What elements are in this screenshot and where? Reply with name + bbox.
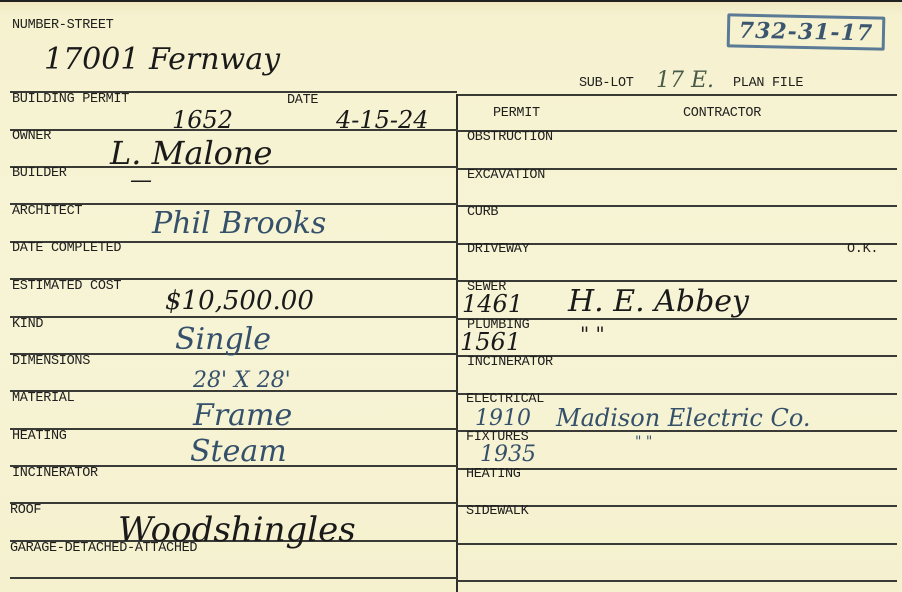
garage-label: GARAGE-DETACHED-ATTACHED <box>10 541 197 557</box>
sidewalk-label: SIDEWALK <box>466 504 528 520</box>
sub-lot-value: 17 E. <box>656 68 714 93</box>
rule-line <box>10 316 457 318</box>
incinerator-label: INCINERATOR <box>12 466 98 482</box>
rule-line <box>457 468 897 470</box>
incinerator-permit-label: INCINERATOR <box>467 355 553 371</box>
sewer-contractor: H. E. Abbey <box>568 284 749 319</box>
owner-label: OWNER <box>12 129 51 145</box>
building-permit-value: 1652 <box>172 106 233 134</box>
rule-line <box>457 543 897 545</box>
kind-value: Single <box>175 322 271 357</box>
obstruction-label: OBSTRUCTION <box>467 130 553 146</box>
excavation-label: EXCAVATION <box>467 168 545 184</box>
contractor-column-header: CONTRACTOR <box>683 106 761 122</box>
sub-lot-label: SUB-LOT <box>579 76 634 92</box>
sewer-permit-number: 1461 <box>462 290 523 318</box>
curb-label: CURB <box>467 205 498 221</box>
rule-line <box>10 577 457 579</box>
plumbing-contractor: " " <box>580 322 605 346</box>
builder-value: — <box>130 168 152 193</box>
permit-column-header: PERMIT <box>493 106 540 122</box>
dimensions-label: DIMENSIONS <box>12 354 90 370</box>
rule-line <box>457 280 897 282</box>
parcel-number: 732-31-17 <box>739 18 874 47</box>
architect-label: ARCHITECT <box>12 204 82 220</box>
material-value: Frame <box>193 398 292 433</box>
fixtures-permit-number: 1935 <box>480 442 536 467</box>
permit-index-card: 732-31-17 NUMBER-STREET 17001 Fernway SU… <box>0 0 902 592</box>
rule-line <box>457 205 897 207</box>
driveway-label: DRIVEWAY <box>467 242 529 258</box>
heating-permit-label: HEATING <box>466 467 521 483</box>
roof-label: ROOF <box>10 503 41 519</box>
estimated-cost-label: ESTIMATED COST <box>12 279 121 295</box>
electrical-label: ELECTRICAL <box>466 392 544 408</box>
owner-value: L. Malone <box>110 134 272 172</box>
architect-value: Phil Brooks <box>152 206 326 241</box>
number-street-label: NUMBER-STREET <box>12 18 113 34</box>
date-value: 4-15-24 <box>336 106 429 134</box>
building-permit-label: BUILDING PERMIT <box>12 92 129 108</box>
kind-label: KIND <box>12 317 43 333</box>
fixtures-contractor: " " <box>635 434 652 450</box>
heating-label: HEATING <box>12 429 67 445</box>
address-value: 17001 Fernway <box>44 42 280 77</box>
estimated-cost-value: $10,500.00 <box>165 286 314 316</box>
date-label: DATE <box>287 93 318 109</box>
plan-file-label: PLAN FILE <box>733 76 803 92</box>
date-completed-label: DATE COMPLETED <box>12 241 121 257</box>
material-label: MATERIAL <box>12 391 74 407</box>
dimensions-value: 28' X 28' <box>193 368 291 393</box>
builder-label: BUILDER <box>12 166 67 182</box>
electrical-permit-number: 1910 <box>475 406 531 431</box>
heating-value: Steam <box>190 434 287 469</box>
driveway-note: O.K. <box>847 242 878 258</box>
electrical-contractor: Madison Electric Co. <box>556 404 811 432</box>
parcel-number-stamp: 732-31-17 <box>727 13 886 50</box>
rule-line <box>457 580 897 582</box>
plumbing-permit-number: 1561 <box>460 328 521 356</box>
rule-line <box>10 502 457 504</box>
